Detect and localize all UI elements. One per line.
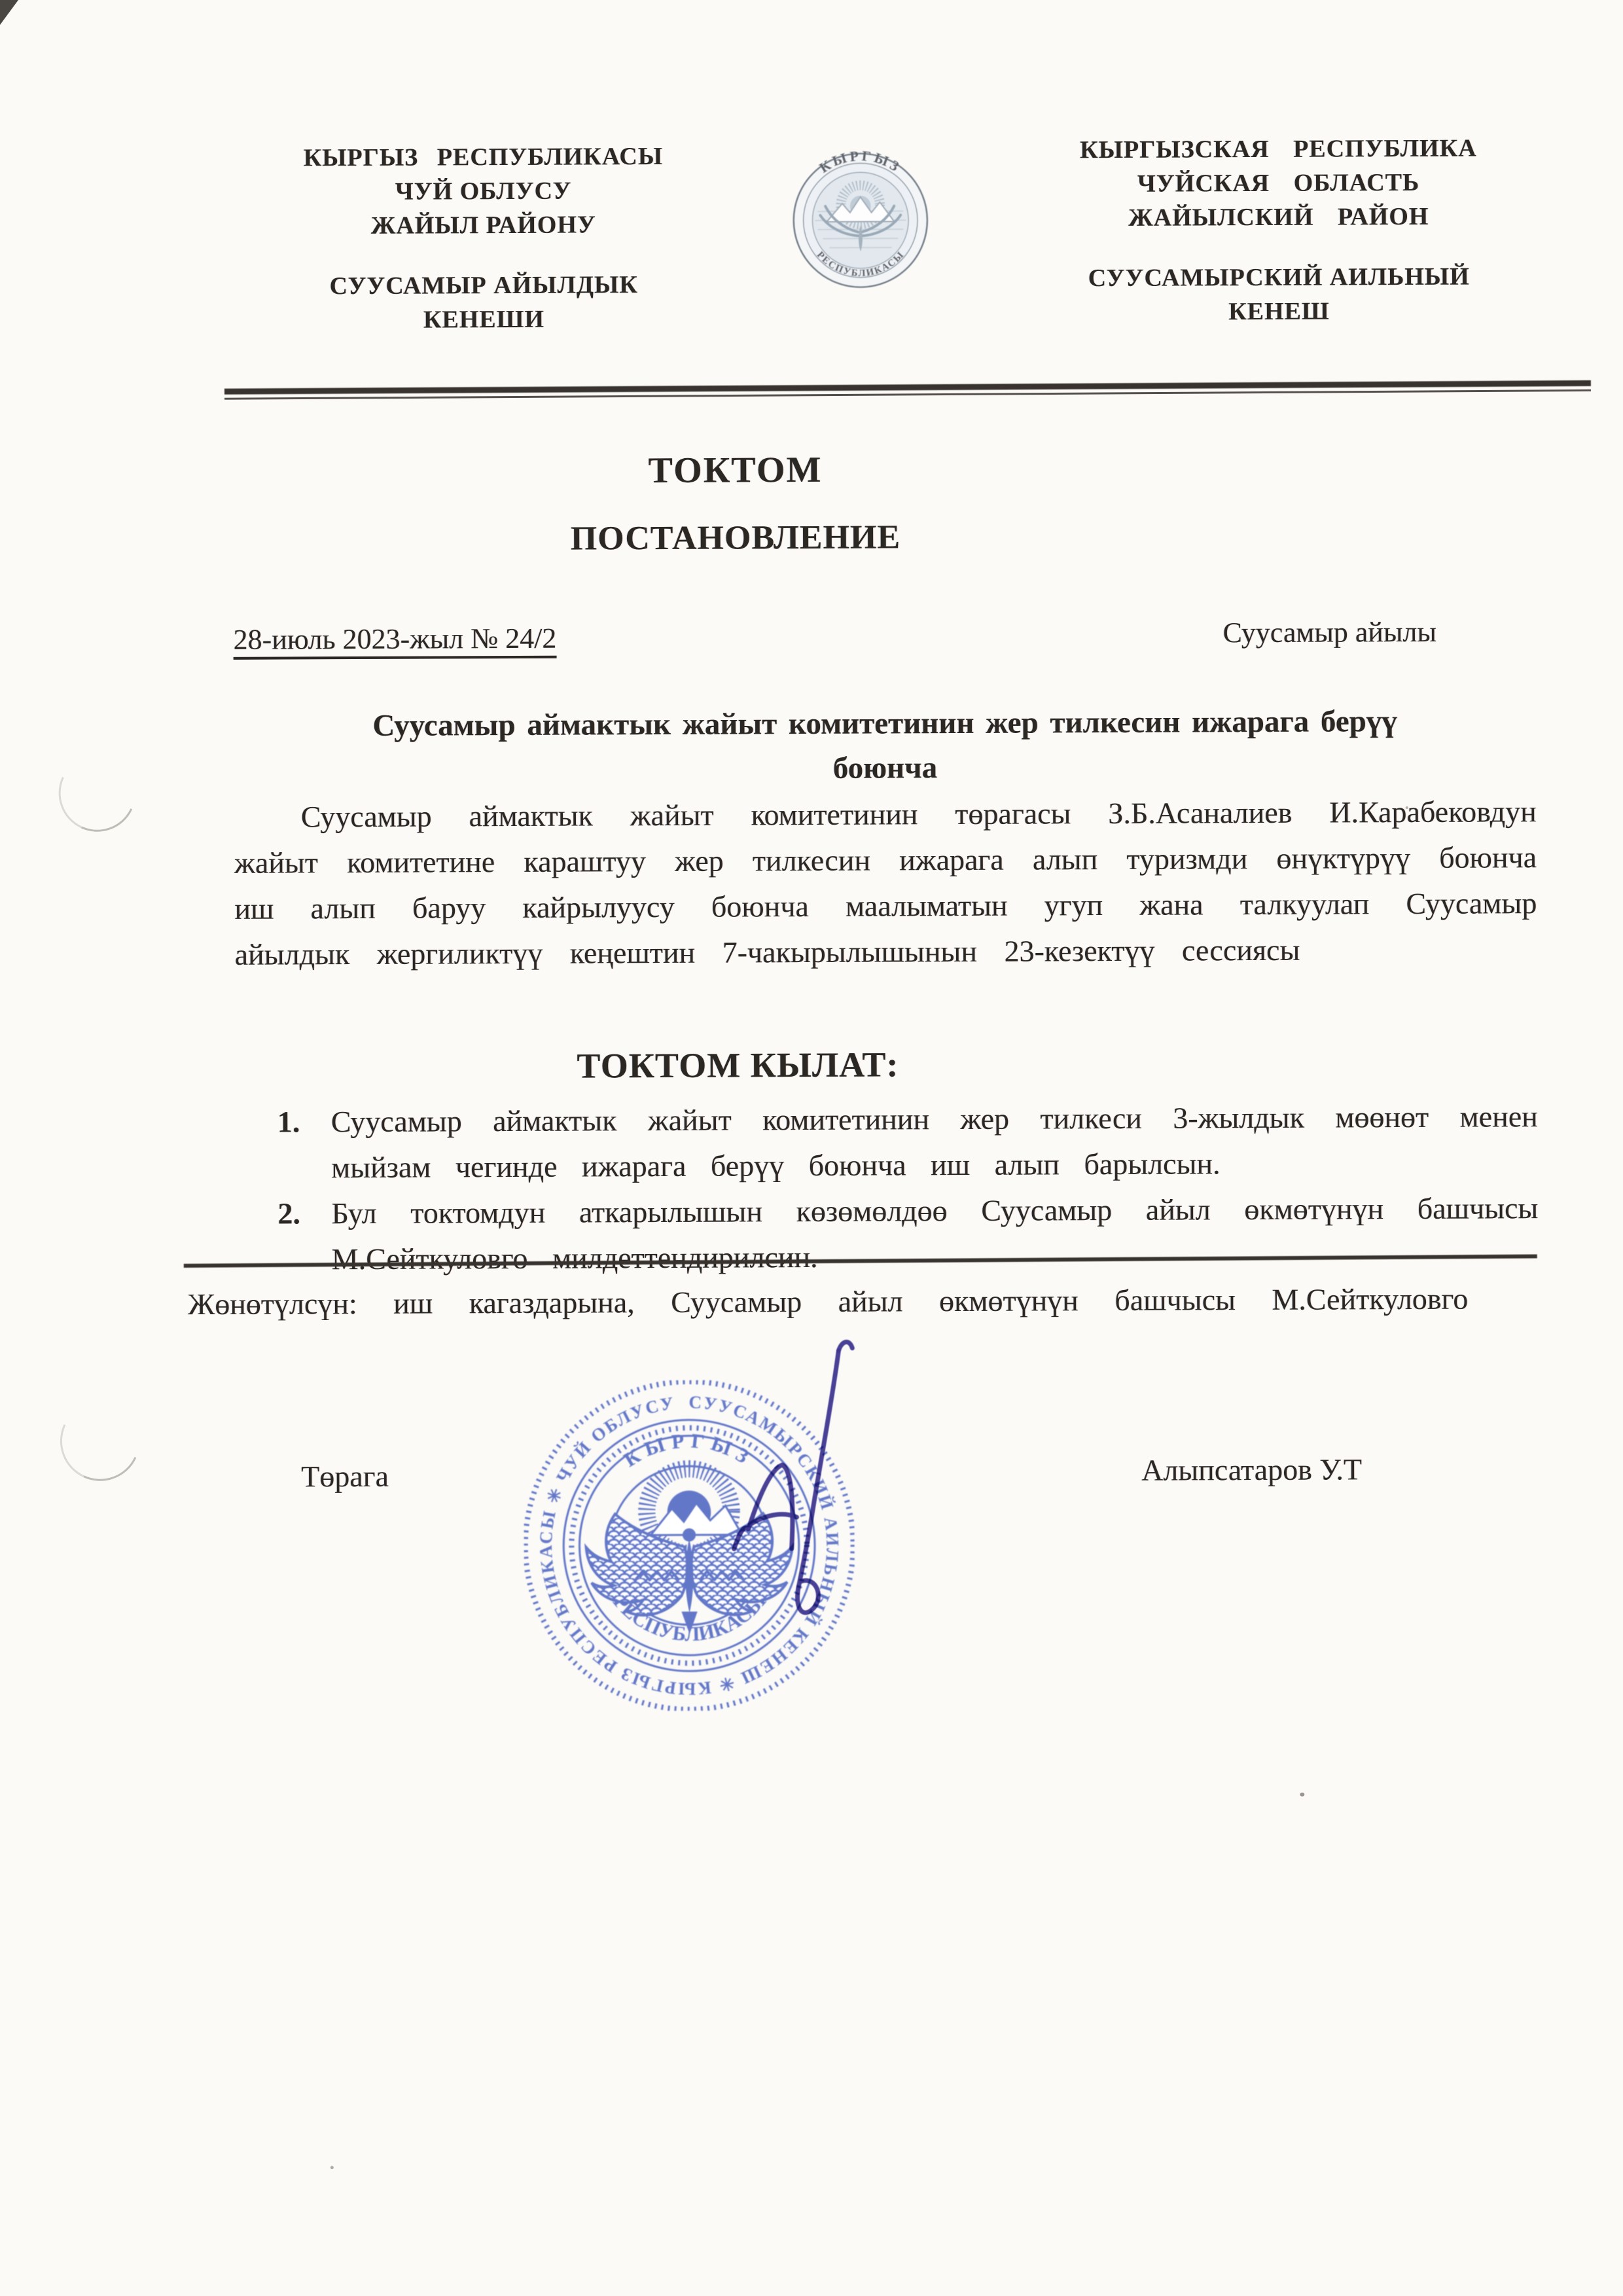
document-content: КЫРГЫЗ РЕСПУБЛИКАСЫ ЧУЙ ОБЛУСУ ЖАЙЫЛ РАЙ…: [0, 0, 1623, 2296]
handwritten-signature: [704, 1332, 902, 1660]
letterhead-right-line: ЖАЙЫЛСКИЙ РАЙОН: [965, 199, 1593, 236]
letterhead-right-line: КЫРГЫЗСКАЯ РЕСПУБЛИКА: [964, 131, 1592, 168]
item-text: Суусамыр аймактык жайыт комитетинин жер …: [331, 1100, 1538, 1184]
list-item: 2. Бул токтомдун аткарылышын көзөмөлдөө …: [277, 1185, 1539, 1282]
letterhead-right-line: ЧУЙСКАЯ ОБЛАСТЬ: [964, 165, 1592, 202]
letterhead-left-line: КЫРГЫЗ РЕСПУБЛИКАСЫ: [211, 139, 755, 175]
subject-line: боюнча: [234, 743, 1536, 793]
date-and-number: 28-июль 2023-жыл № 24/2: [233, 622, 556, 656]
doc-title-kyrgyz: ТОКТОМ: [0, 446, 1547, 495]
punch-hole-mark: [49, 1390, 152, 1492]
scan-speck: [330, 2166, 334, 2169]
dispatch-note: Жөнөтүлсүн: иш кагаздарына, Суусамыр айы…: [188, 1276, 1537, 1327]
state-emblem-icon: КЫРГЫЗ РЕСПУБЛИКАСЫ: [789, 149, 932, 292]
letterhead-left-org: СУУСАМЫР АЙЫЛДЫК: [212, 267, 755, 304]
subject-line: Суусамыр аймактык жайыт комитетинин жер …: [234, 698, 1536, 749]
letterhead-divider: [224, 380, 1591, 400]
scan-speck: [1300, 1793, 1304, 1797]
punch-hole-mark: [48, 744, 147, 843]
resolution-heading: ТОКТОМ КЫЛАТ:: [0, 1041, 1550, 1089]
preamble-paragraph: Суусамыр аймактык жайыт комитетинин төра…: [234, 789, 1537, 978]
letterhead-left: КЫРГЫЗ РЕСПУБЛИКАСЫ ЧУЙ ОБЛУСУ ЖАЙЫЛ РАЙ…: [211, 139, 755, 338]
list-item: 1. Суусамыр аймактык жайыт комитетинин ж…: [277, 1094, 1539, 1191]
resolution-list: 1. Суусамыр аймактык жайыт комитетинин ж…: [277, 1094, 1539, 1282]
letterhead-left-org: КЕНЕШИ: [212, 301, 755, 338]
letterhead-right-org: СУУСАМЫРСКИЙ АИЛЬНЫЙ: [965, 259, 1593, 296]
doc-title-russian: ПОСТАНОВЛЕНИЕ: [0, 515, 1547, 561]
scanned-decree-page: КЫРГЫЗ РЕСПУБЛИКАСЫ ЧУЙ ОБЛУСУ ЖАЙЫЛ РАЙ…: [0, 0, 1623, 2296]
item-number: 2.: [277, 1191, 300, 1236]
place-label: Суусамыр айылы: [1222, 615, 1436, 649]
item-number: 1.: [277, 1099, 300, 1145]
document-title-block: ТОКТОМ ПОСТАНОВЛЕНИЕ: [0, 446, 1547, 561]
letterhead-right: КЫРГЫЗСКАЯ РЕСПУБЛИКА ЧУЙСКАЯ ОБЛАСТЬ ЖА…: [964, 131, 1593, 330]
letterhead-left-line: ЧУЙ ОБЛУСУ: [212, 173, 755, 209]
scan-speck: [1406, 806, 1408, 809]
letterhead-left-line: ЖАЙЫЛ РАЙОНУ: [212, 207, 755, 243]
signature-role: Төрага: [301, 1459, 389, 1494]
subject-heading: Суусамыр аймактык жайыт комитетинин жер …: [234, 698, 1537, 793]
signature-name: Алыпсатаров У.Т: [1141, 1452, 1362, 1487]
letterhead-right-org: КЕНЕШ: [965, 293, 1593, 330]
